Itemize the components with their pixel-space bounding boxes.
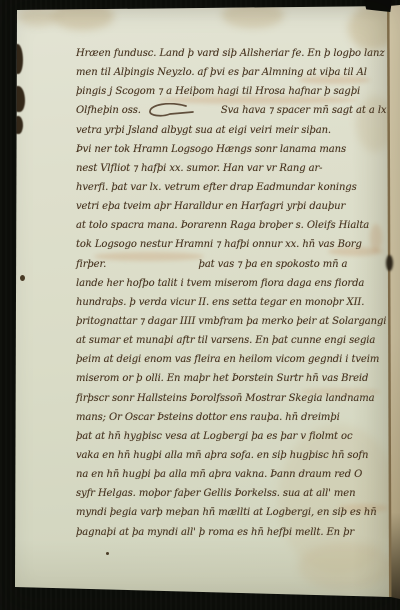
- manuscript-line: þingis j Scogom ⁊ a Heiþom hagi til Hros…: [76, 82, 376, 101]
- edge-blot: [386, 255, 393, 271]
- manuscript-line: myndi þegia varþ meþan hn̄ mællti at Log…: [76, 503, 376, 522]
- manuscript-line: syfr Helgas. moþor faþer Gellis Þorkelss…: [76, 484, 376, 503]
- manuscript-line: Þvi ner tok Hramn Logsogo Hængs sonr lan…: [76, 140, 376, 159]
- edge-damage-chip: [14, 116, 23, 134]
- manuscript-line: hundraþs. þ verda vicur II. ens setta te…: [76, 293, 376, 312]
- manuscript-page: Hræen fundusc. Land þ vard siþ Allsheria…: [0, 0, 400, 610]
- stain: [222, 2, 284, 28]
- manuscript-line: vaka en hn̄ hugþi alla mn̄ aþra sofa. en…: [76, 446, 376, 465]
- manuscript-line: na en hn̄ hugþi þa alla mn̄ aþra vakna. …: [76, 465, 376, 484]
- edge-damage-chip: [13, 86, 25, 112]
- manuscript-line: at tolo spacra mana. Þorarenn Raga broþe…: [76, 216, 376, 235]
- text-block: Hræen fundusc. Land þ vard siþ Allsheria…: [76, 44, 376, 542]
- manuscript-line: firþscr sonr Hallsteins Þorolfsson̄ Most…: [76, 389, 376, 408]
- manuscript-line: þeim at deigi enom vas fleira en heilom …: [76, 350, 376, 369]
- manuscript-line: miserom or þ olli. En maþr het Þorstein …: [76, 369, 376, 388]
- manuscript-line: lande her hofþo talit i tvem miserom fio…: [76, 274, 376, 293]
- ink-speck: [20, 275, 25, 281]
- stain: [298, 542, 393, 590]
- stain: [52, 2, 114, 30]
- edge-damage-chip: [13, 44, 23, 74]
- stain: [18, 8, 58, 26]
- manuscript-line: þat at hn̄ hygþisc vesa at Logbergi þa e…: [76, 427, 376, 446]
- manuscript-line: þritognattar ⁊ dagar IIII vmbfram þa mer…: [76, 312, 376, 331]
- manuscript-line: men til Alþingis Neyzlo. af þvi es þar A…: [76, 63, 376, 82]
- manuscript-line: at sumar et munaþi aftr til varsens. En …: [76, 331, 376, 350]
- manuscript-line: þagnaþi at þa myndi all' þ roma es hn̄ h…: [76, 523, 376, 542]
- manuscript-line: hverfi. þat var lx. vetrum efter drap Ea…: [76, 178, 376, 197]
- manuscript-line: tok Logsogo nestur Hramni ⁊ hafþi onnur …: [76, 235, 376, 254]
- manuscript-line: vetra yrþi Jsland albygt sua at eigi vei…: [76, 121, 376, 140]
- manuscript-line: firþer. þat vas ⁊ þa en spokosto mn̄ a: [76, 255, 376, 274]
- photo-frame: Hræen fundusc. Land þ vard siþ Allsheria…: [0, 0, 400, 610]
- pen-flourish-icon: [146, 103, 196, 119]
- manuscript-line: mans; Or Oscar Þsteins dottor ens rauþa.…: [76, 408, 376, 427]
- manuscript-line: Olfheþin oss. Sva hava ⁊ spacer mn̄ sagt…: [76, 101, 376, 120]
- manuscript-line: Hræen fundusc. Land þ vard siþ Allsheria…: [76, 44, 376, 63]
- ink-speck: [106, 552, 109, 555]
- manuscript-line: vetri eþa tveim aþr Haralldur en Harfagr…: [76, 197, 376, 216]
- manuscript-line: nest Vlfliot ⁊ hafþi xx. sumor. Han var …: [76, 159, 376, 178]
